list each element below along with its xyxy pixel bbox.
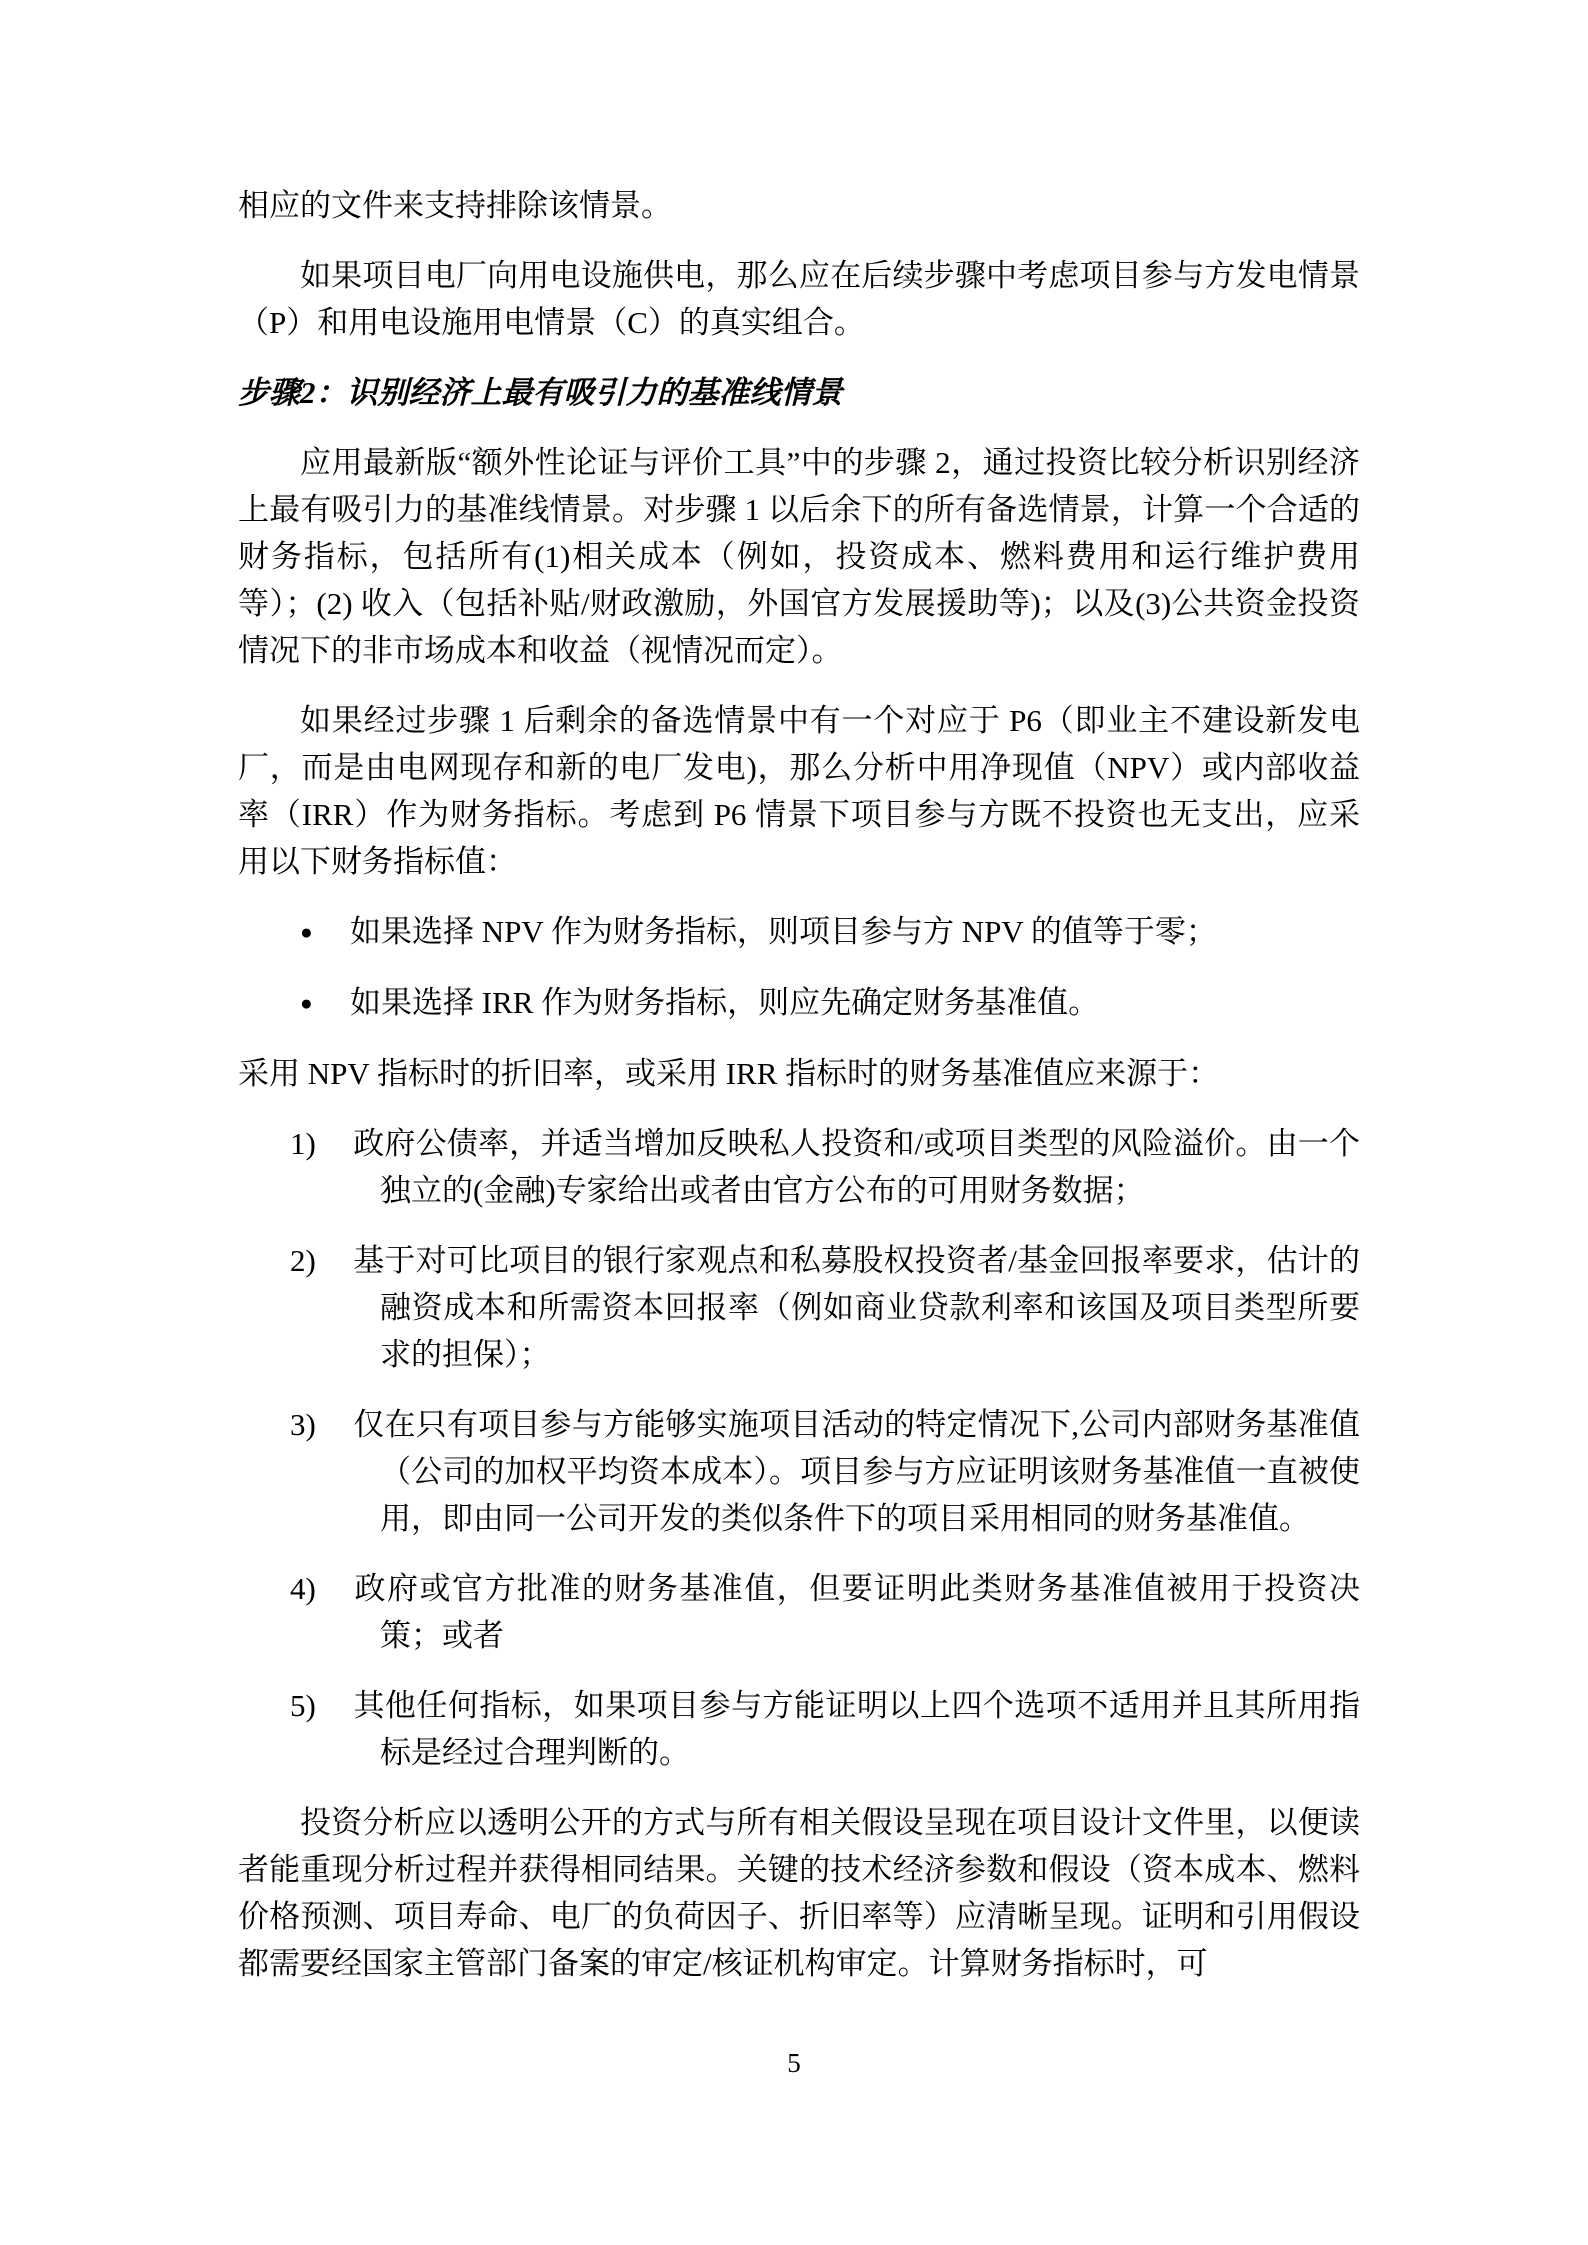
item-text: 政府公债率，并适当增加反映私人投资和/或项目类型的风险溢价。由一个独立的(金融)… [353, 1126, 1360, 1208]
page-number: 5 [0, 2048, 1588, 2078]
bullet-item: ●如果选择 NPV 作为财务指标，则项目参与方 NPV 的值等于零； [238, 908, 1360, 956]
paragraph: 如果经过步骤 1 后剩余的备选情景中有一个对应于 P6（即业主不建设新发电厂，而… [238, 697, 1360, 885]
item-number: 4) [290, 1565, 353, 1612]
bullet-text: 如果选择 NPV 作为财务指标，则项目参与方 NPV 的值等于零； [350, 914, 1217, 949]
numbered-item: 3)仅在只有项目参与方能够实施项目活动的特定情况下,公司内部财务基准值（公司的加… [238, 1401, 1360, 1542]
numbered-item: 4)政府或官方批准的财务基准值，但要证明此类财务基准值被用于投资决策；或者 [238, 1565, 1360, 1659]
bullet-icon: ● [300, 909, 350, 956]
item-text: 仅在只有项目参与方能够实施项目活动的特定情况下,公司内部财务基准值（公司的加权平… [353, 1407, 1360, 1536]
item-number: 1) [290, 1120, 353, 1167]
bullet-text: 如果选择 IRR 作为财务指标，则应先确定财务基准值。 [350, 985, 1099, 1020]
paragraph-continuation: 相应的文件来支持排除该情景。 [238, 182, 1360, 229]
item-text: 基于对可比项目的银行家观点和私募股权投资者/基金回报率要求，估计的融资成本和所需… [353, 1243, 1360, 1372]
paragraph: 投资分析应以透明公开的方式与所有相关假设呈现在项目设计文件里，以便读者能重现分析… [238, 1799, 1360, 1987]
paragraph: 如果项目电厂向用电设施供电，那么应在后续步骤中考虑项目参与方发电情景（P）和用电… [238, 252, 1360, 346]
paragraph: 采用 NPV 指标时的折旧率，或采用 IRR 指标时的财务基准值应来源于： [238, 1050, 1360, 1097]
paragraph: 应用最新版“额外性论证与评价工具”中的步骤 2，通过投资比较分析识别经济上最有吸… [238, 439, 1360, 674]
numbered-item: 2)基于对可比项目的银行家观点和私募股权投资者/基金回报率要求，估计的融资成本和… [238, 1237, 1360, 1378]
document-page: 相应的文件来支持排除该情景。 如果项目电厂向用电设施供电，那么应在后续步骤中考虑… [0, 0, 1588, 2245]
bullet-item: ●如果选择 IRR 作为财务指标，则应先确定财务基准值。 [238, 979, 1360, 1027]
item-number: 2) [290, 1237, 353, 1284]
item-text: 政府或官方批准的财务基准值，但要证明此类财务基准值被用于投资决策；或者 [353, 1571, 1360, 1653]
page-body: 相应的文件来支持排除该情景。 如果项目电厂向用电设施供电，那么应在后续步骤中考虑… [238, 182, 1360, 2010]
numbered-item: 1)政府公债率，并适当增加反映私人投资和/或项目类型的风险溢价。由一个独立的(金… [238, 1120, 1360, 1214]
item-text: 其他任何指标，如果项目参与方能证明以上四个选项不适用并且其所用指标是经过合理判断… [353, 1688, 1360, 1770]
item-number: 5) [290, 1682, 353, 1729]
numbered-item: 5)其他任何指标，如果项目参与方能证明以上四个选项不适用并且其所用指标是经过合理… [238, 1682, 1360, 1776]
section-heading: 步骤2：识别经济上最有吸引力的基准线情景 [238, 369, 1360, 416]
item-number: 3) [290, 1401, 353, 1448]
bullet-icon: ● [300, 980, 350, 1027]
